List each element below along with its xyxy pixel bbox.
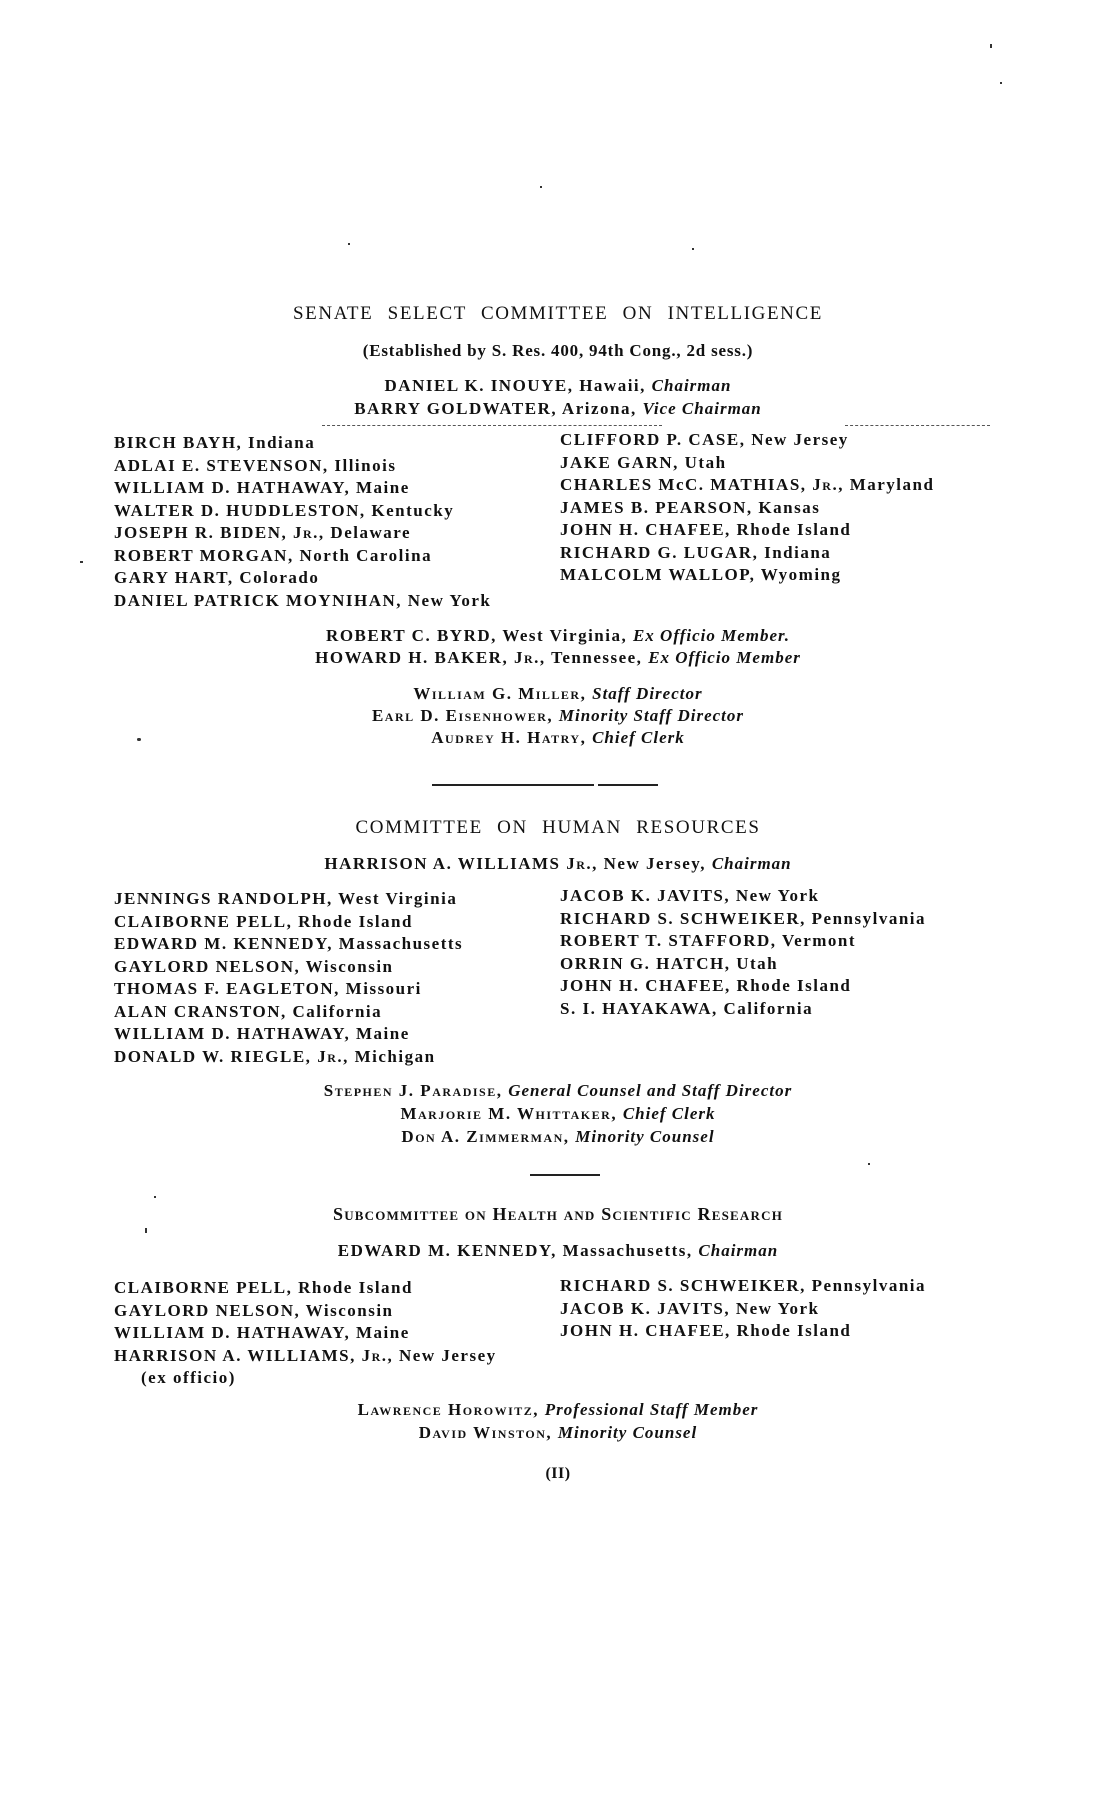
member-state: , Tennessee, — [540, 648, 648, 667]
staff-role: Chief Clerk — [592, 728, 685, 747]
chairman-name: HARRISON A. WILLIAMS — [324, 854, 566, 873]
member-name: ROBERT T. STAFFORD, Vermont — [560, 931, 856, 950]
staff-name: Marjorie M. Whittaker — [400, 1104, 611, 1123]
member-role: Ex Officio Member. — [633, 626, 790, 645]
member-suffix: Jr. — [317, 1047, 343, 1066]
member-name: ROBERT C. BYRD, West Virginia, — [326, 626, 633, 645]
member-name: JOSEPH R. BIDEN, — [114, 523, 293, 542]
member-entry: GAYLORD NELSON, Wisconsin — [114, 957, 394, 977]
member-name: JAKE GARN, Utah — [560, 453, 727, 472]
staff-name: Earl D. Eisenhower — [372, 706, 547, 725]
member-entry: JOHN H. CHAFEE, Rhode Island — [560, 976, 851, 996]
member-entry: WILLIAM D. HATHAWAY, Maine — [114, 478, 410, 498]
chairman-name: DANIEL K. INOUYE, Hawaii, — [385, 376, 652, 395]
ex-officio-entry: ROBERT C. BYRD, West Virginia, Ex Offici… — [0, 626, 1100, 646]
member-name: S. I. HAYAKAWA, California — [560, 999, 813, 1018]
staff-role: Minority Counsel — [575, 1127, 714, 1146]
ex-officio-entry: HOWARD H. BAKER, Jr., Tennessee, Ex Offi… — [0, 648, 1100, 668]
member-entry: WILLIAM D. HATHAWAY, Maine — [114, 1323, 410, 1343]
member-name: JOHN H. CHAFEE, Rhode Island — [560, 1321, 851, 1340]
member-state: , Maryland — [838, 475, 934, 494]
member-entry: ORRIN G. HATCH, Utah — [560, 954, 778, 974]
chairman-suffix: Jr. — [566, 854, 592, 873]
staff-entry: William G. Miller, Staff Director — [0, 684, 1100, 704]
staff-entry: Lawrence Horowitz, Professional Staff Me… — [0, 1400, 1100, 1420]
member-entry: S. I. HAYAKAWA, California — [560, 999, 813, 1019]
member-entry: JENNINGS RANDOLPH, West Virginia — [114, 889, 457, 909]
member-name: JACOB K. JAVITS, New York — [560, 1299, 819, 1318]
staff-entry: David Winston, Minority Counsel — [0, 1423, 1100, 1443]
member-name: DONALD W. RIEGLE, — [114, 1047, 317, 1066]
member-name: JENNINGS RANDOLPH, West Virginia — [114, 889, 457, 908]
scan-artifact-dashes — [845, 425, 990, 427]
member-entry: THOMAS F. EAGLETON, Missouri — [114, 979, 422, 999]
staff-entry: Audrey H. Hatry, Chief Clerk — [0, 728, 1100, 748]
scan-speck — [868, 1163, 870, 1165]
member-entry: GAYLORD NELSON, Wisconsin — [114, 1301, 394, 1321]
member-name: RICHARD S. SCHWEIKER, Pennsylvania — [560, 909, 926, 928]
member-entry: CLAIBORNE PELL, Rhode Island — [114, 1278, 413, 1298]
member-entry: ROBERT MORGAN, North Carolina — [114, 546, 432, 566]
member-name: CHARLES McC. MATHIAS, — [560, 475, 812, 494]
staff-name: Don A. Zimmerman — [401, 1127, 563, 1146]
member-name: ORRIN G. HATCH, Utah — [560, 954, 778, 973]
staff-role: General Counsel and Staff Director — [508, 1081, 792, 1100]
member-entry: DANIEL PATRICK MOYNIHAN, New York — [114, 591, 491, 611]
member-entry: JOHN H. CHAFEE, Rhode Island — [560, 520, 851, 540]
vice-chairman-name: BARRY GOLDWATER, Arizona, — [354, 399, 642, 418]
member-name: WILLIAM D. HATHAWAY, Maine — [114, 478, 410, 497]
member-name: WALTER D. HUDDLESTON, Kentucky — [114, 501, 454, 520]
member-name: GARY HART, Colorado — [114, 568, 319, 587]
member-entry: CLIFFORD P. CASE, New Jersey — [560, 430, 849, 450]
intelligence-vice-chairman: BARRY GOLDWATER, Arizona, Vice Chairman — [0, 399, 1100, 419]
staff-name: David Winston — [419, 1423, 547, 1442]
member-entry: CHARLES McC. MATHIAS, Jr., Maryland — [560, 475, 934, 495]
scan-speck — [692, 248, 694, 250]
member-suffix: Jr. — [293, 523, 319, 542]
member-name: CLIFFORD P. CASE, New Jersey — [560, 430, 849, 449]
member-entry: JOSEPH R. BIDEN, Jr., Delaware — [114, 523, 411, 543]
staff-entry: Stephen J. Paradise, General Counsel and… — [0, 1081, 1100, 1101]
staff-role: Minority Staff Director — [559, 706, 744, 725]
member-suffix: Jr. — [514, 648, 540, 667]
scan-speck — [1000, 82, 1002, 84]
member-entry: HARRISON A. WILLIAMS, Jr., New Jersey — [114, 1346, 497, 1366]
member-role: Ex Officio Member — [648, 648, 801, 667]
staff-name: Audrey H. Hatry — [431, 728, 580, 747]
member-name: HOWARD H. BAKER, — [315, 648, 514, 667]
chairman-role: Chairman — [712, 854, 792, 873]
subcommittee-title: Subcommittee on Health and Scientific Re… — [0, 1204, 1100, 1224]
chairman-name: EDWARD M. KENNEDY, Massachusetts, — [338, 1241, 699, 1260]
member-name: THOMAS F. EAGLETON, Missouri — [114, 979, 422, 998]
intelligence-chairman: DANIEL K. INOUYE, Hawaii, Chairman — [0, 376, 1100, 396]
scan-speck — [154, 1196, 156, 1198]
member-name: ROBERT MORGAN, North Carolina — [114, 546, 432, 565]
member-entry: DONALD W. RIEGLE, Jr., Michigan — [114, 1047, 436, 1067]
member-entry: RICHARD G. LUGAR, Indiana — [560, 543, 831, 563]
member-name: JOHN H. CHAFEE, Rhode Island — [560, 520, 851, 539]
member-entry: EDWARD M. KENNEDY, Massachusetts — [114, 934, 463, 954]
member-name: RICHARD G. LUGAR, Indiana — [560, 543, 831, 562]
member-name: ADLAI E. STEVENSON, Illinois — [114, 456, 396, 475]
staff-entry: Don A. Zimmerman, Minority Counsel — [0, 1127, 1100, 1147]
chairman-role: Chairman — [652, 376, 732, 395]
member-entry: RICHARD S. SCHWEIKER, Pennsylvania — [560, 909, 926, 929]
human-resources-chairman: HARRISON A. WILLIAMS Jr., New Jersey, Ch… — [0, 854, 1100, 874]
member-name: GAYLORD NELSON, Wisconsin — [114, 957, 394, 976]
member-name: CLAIBORNE PELL, Rhode Island — [114, 912, 413, 931]
scan-speck — [540, 186, 542, 188]
member-suffix: Jr. — [362, 1346, 388, 1365]
member-name: ALAN CRANSTON, California — [114, 1002, 382, 1021]
chairman-role: Chairman — [698, 1241, 778, 1260]
scan-artifact-dashes — [322, 425, 662, 427]
vice-chairman-role: Vice Chairman — [642, 399, 761, 418]
staff-role: Professional Staff Member — [545, 1400, 759, 1419]
staff-entry: Marjorie M. Whittaker, Chief Clerk — [0, 1104, 1100, 1124]
ex-officio-note: (ex officio) — [141, 1368, 236, 1388]
member-suffix: Jr. — [812, 475, 838, 494]
member-name: RICHARD S. SCHWEIKER, Pennsylvania — [560, 1276, 926, 1295]
member-entry: JAKE GARN, Utah — [560, 453, 727, 473]
subcommittee-chairman: EDWARD M. KENNEDY, Massachusetts, Chairm… — [0, 1241, 1100, 1261]
member-name: JACOB K. JAVITS, New York — [560, 886, 819, 905]
intelligence-committee-title: SENATE SELECT COMMITTEE ON INTELLIGENCE — [0, 304, 1100, 324]
staff-entry: Earl D. Eisenhower, Minority Staff Direc… — [0, 706, 1100, 726]
member-entry: ALAN CRANSTON, California — [114, 1002, 382, 1022]
scan-speck — [80, 561, 83, 563]
member-state: , New Jersey — [388, 1346, 497, 1365]
member-name: WILLIAM D. HATHAWAY, Maine — [114, 1323, 410, 1342]
member-entry: WALTER D. HUDDLESTON, Kentucky — [114, 501, 454, 521]
member-name: EDWARD M. KENNEDY, Massachusetts — [114, 934, 463, 953]
chairman-state: , New Jersey, — [592, 854, 712, 873]
member-name: DANIEL PATRICK MOYNIHAN, New York — [114, 591, 491, 610]
member-state: , Michigan — [343, 1047, 435, 1066]
member-entry: ROBERT T. STAFFORD, Vermont — [560, 931, 856, 951]
member-entry: CLAIBORNE PELL, Rhode Island — [114, 912, 413, 932]
member-entry: WILLIAM D. HATHAWAY, Maine — [114, 1024, 410, 1044]
member-name: CLAIBORNE PELL, Rhode Island — [114, 1278, 413, 1297]
member-name: MALCOLM WALLOP, Wyoming — [560, 565, 842, 584]
staff-role: Minority Counsel — [558, 1423, 697, 1442]
staff-name: William G. Miller — [413, 684, 580, 703]
member-name: BIRCH BAYH, Indiana — [114, 433, 315, 452]
staff-role: Chief Clerk — [623, 1104, 716, 1123]
establishment-note: (Established by S. Res. 400, 94th Cong.,… — [0, 341, 1100, 361]
member-entry: JACOB K. JAVITS, New York — [560, 1299, 819, 1319]
member-name: JOHN H. CHAFEE, Rhode Island — [560, 976, 851, 995]
page-number: (II) — [0, 1464, 1100, 1484]
member-entry: GARY HART, Colorado — [114, 568, 319, 588]
section-separator — [530, 1174, 600, 1176]
member-entry: JACOB K. JAVITS, New York — [560, 886, 819, 906]
member-entry: JAMES B. PEARSON, Kansas — [560, 498, 820, 518]
staff-name: Stephen J. Paradise — [324, 1081, 497, 1100]
scan-speck — [990, 44, 992, 48]
member-name: HARRISON A. WILLIAMS, — [114, 1346, 362, 1365]
section-separator — [432, 784, 594, 786]
member-state: , Delaware — [319, 523, 411, 542]
member-entry: MALCOLM WALLOP, Wyoming — [560, 565, 842, 585]
member-entry: JOHN H. CHAFEE, Rhode Island — [560, 1321, 851, 1341]
member-name: GAYLORD NELSON, Wisconsin — [114, 1301, 394, 1320]
scan-speck — [348, 243, 350, 245]
member-name: JAMES B. PEARSON, Kansas — [560, 498, 820, 517]
staff-name: Lawrence Horowitz — [358, 1400, 534, 1419]
scan-speck — [145, 1228, 147, 1233]
section-separator — [598, 784, 658, 786]
member-entry: BIRCH BAYH, Indiana — [114, 433, 315, 453]
human-resources-committee-title: COMMITTEE ON HUMAN RESOURCES — [0, 818, 1100, 838]
member-name: WILLIAM D. HATHAWAY, Maine — [114, 1024, 410, 1043]
member-entry: ADLAI E. STEVENSON, Illinois — [114, 456, 396, 476]
member-entry: RICHARD S. SCHWEIKER, Pennsylvania — [560, 1276, 926, 1296]
staff-role: Staff Director — [592, 684, 703, 703]
